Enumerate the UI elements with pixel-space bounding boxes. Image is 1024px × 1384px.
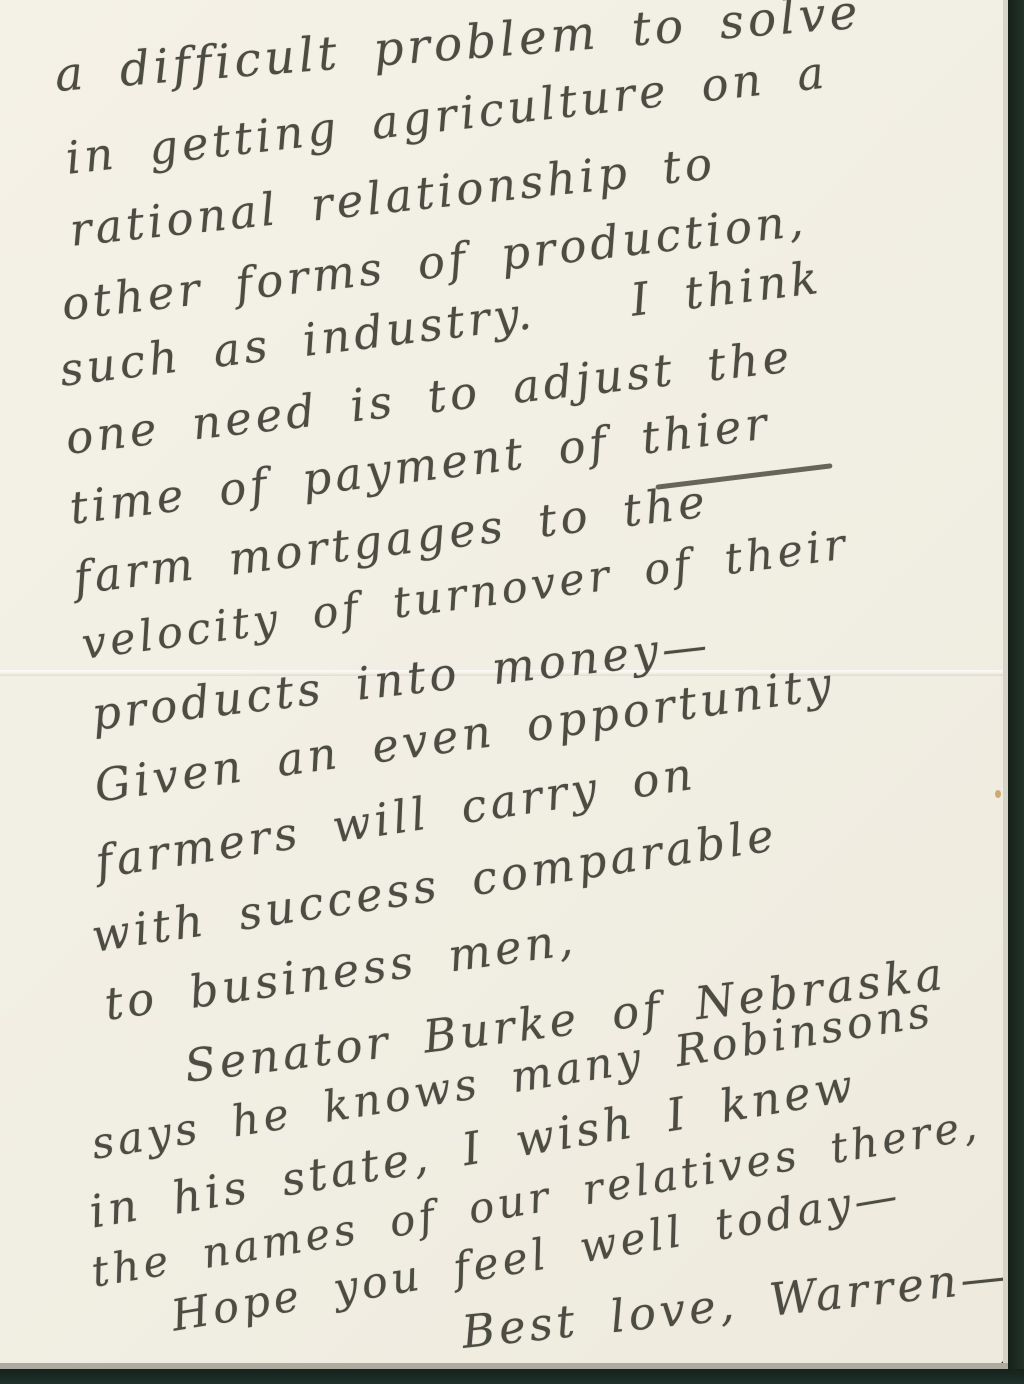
mat-edge-bottom — [0, 1369, 1024, 1384]
letter-scan: a difficult problem to solve in getting … — [0, 0, 1024, 1384]
paper-stain — [995, 790, 1001, 798]
letter-page: a difficult problem to solve in getting … — [0, 0, 1005, 1365]
mat-edge-right — [1008, 0, 1024, 1384]
